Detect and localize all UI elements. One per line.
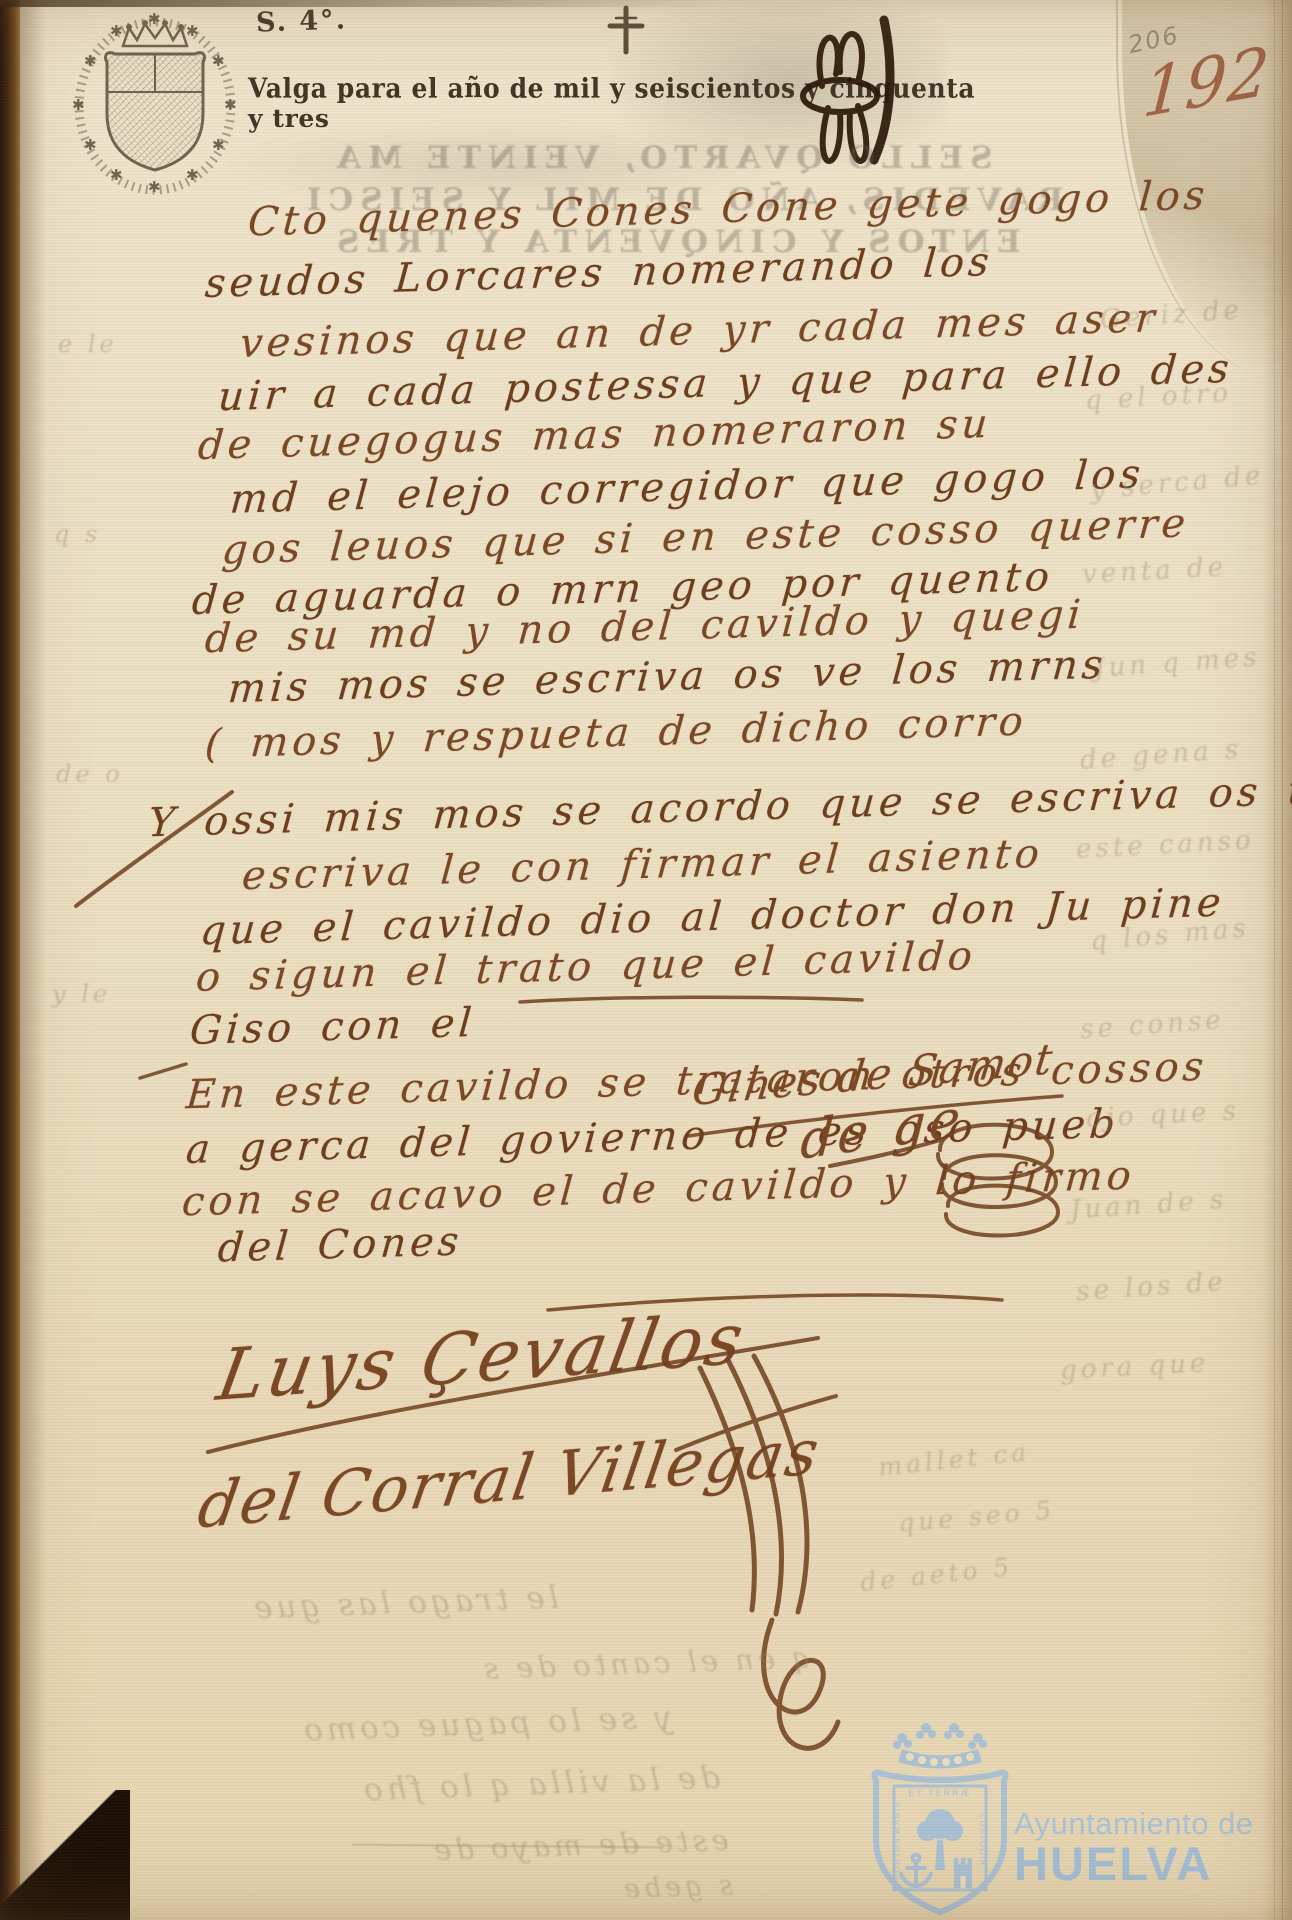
show-through-fragment: e le	[58, 330, 118, 358]
manuscript-page-scan: ✱✱✱ ✱✱✱ ✱✱✱ ✱✱✱ S. 4°. Valga para el año…	[0, 0, 1292, 1920]
svg-text:✱: ✱	[72, 96, 85, 114]
royal-arms-stamp-icon: ✱✱✱ ✱✱✱ ✱✱✱ ✱✱✱	[60, 2, 250, 202]
svg-text:✱: ✱	[110, 166, 123, 184]
printed-heading-line1: Valga para el año de mil y seiscientos y…	[248, 73, 975, 104]
manuscript-line: del Cones	[216, 1219, 464, 1272]
crest-motto-right: CUSTODIA	[978, 1813, 987, 1866]
ink-cross-icon	[600, 0, 652, 64]
show-through-fragment: q s	[54, 520, 101, 548]
show-through-fragment: gora que	[1059, 1348, 1210, 1386]
svg-text:✱: ✱	[84, 52, 97, 70]
printed-heading-line2: y tres	[248, 104, 330, 133]
show-through-fragment: le trago las gue	[249, 1580, 559, 1627]
show-through-fragment: y se lo pague como	[299, 1700, 672, 1749]
svg-text:✱: ✱	[148, 10, 161, 28]
show-through-fragment: que seo 5	[897, 1495, 1056, 1538]
svg-text:✱: ✱	[186, 166, 199, 184]
show-through-fragment: y le	[52, 980, 111, 1008]
show-through-fragment: se los de	[1075, 1267, 1227, 1307]
show-through-fragment: Jun q mes	[1093, 642, 1261, 684]
tower-icon	[954, 1858, 972, 1888]
signature-left-primary: Luys Çevallos	[211, 1297, 752, 1417]
anchor-icon	[901, 1855, 931, 1887]
huelva-crest-icon: ET TERRÆ PORTUS MARIS CUSTODIA	[868, 1712, 1012, 1918]
show-through-fragment: de o	[56, 760, 124, 788]
signature-left-secondary: del Corral Villegas	[193, 1414, 825, 1543]
binding-corner	[0, 1790, 130, 1920]
binding-shadow	[20, 0, 46, 1920]
svg-text:✱: ✱	[110, 22, 123, 40]
show-through-fragment: mallet ca	[877, 1437, 1031, 1482]
show-through-fragment: s gebe	[619, 1870, 733, 1905]
page-stack-edge	[1262, 0, 1292, 1920]
page-top-edge	[0, 0, 720, 7]
show-through-fragment: q en el canto de s	[480, 1640, 812, 1686]
svg-text:✱: ✱	[212, 52, 225, 70]
svg-text:✱: ✱	[224, 96, 237, 114]
book-binding-edge	[0, 0, 20, 1920]
manuscript-line: seudos Lorcares nomerando los	[203, 239, 994, 307]
show-through-fragment: este canso	[1075, 825, 1255, 864]
crown-icon	[893, 1723, 987, 1769]
show-through-fragment: q el otro	[1084, 378, 1232, 416]
crest-motto-top: ET TERRÆ	[908, 1788, 971, 1798]
show-through-print-line: SELLO QVARTO, VEINTE MA	[330, 140, 993, 176]
show-through-fragment: de la villa q lo fho	[359, 1760, 720, 1809]
show-through-fragment: de aeto 5	[859, 1552, 1015, 1597]
svg-text:✱: ✱	[84, 136, 97, 154]
svg-text:✱: ✱	[186, 22, 199, 40]
svg-text:✱: ✱	[212, 136, 225, 154]
show-through-fragment: venta de	[1081, 552, 1227, 590]
watermark-org-name-bold: HUELVA	[1014, 1836, 1212, 1891]
crest-motto-left: PORTUS MARIS	[893, 1801, 902, 1880]
manuscript-line: Giso con el	[188, 1000, 477, 1054]
series-mark: S. 4°.	[255, 4, 347, 38]
svg-text:✱: ✱	[148, 178, 161, 196]
tree-icon	[917, 1809, 963, 1870]
show-through-fragment: se conse	[1079, 1005, 1225, 1045]
